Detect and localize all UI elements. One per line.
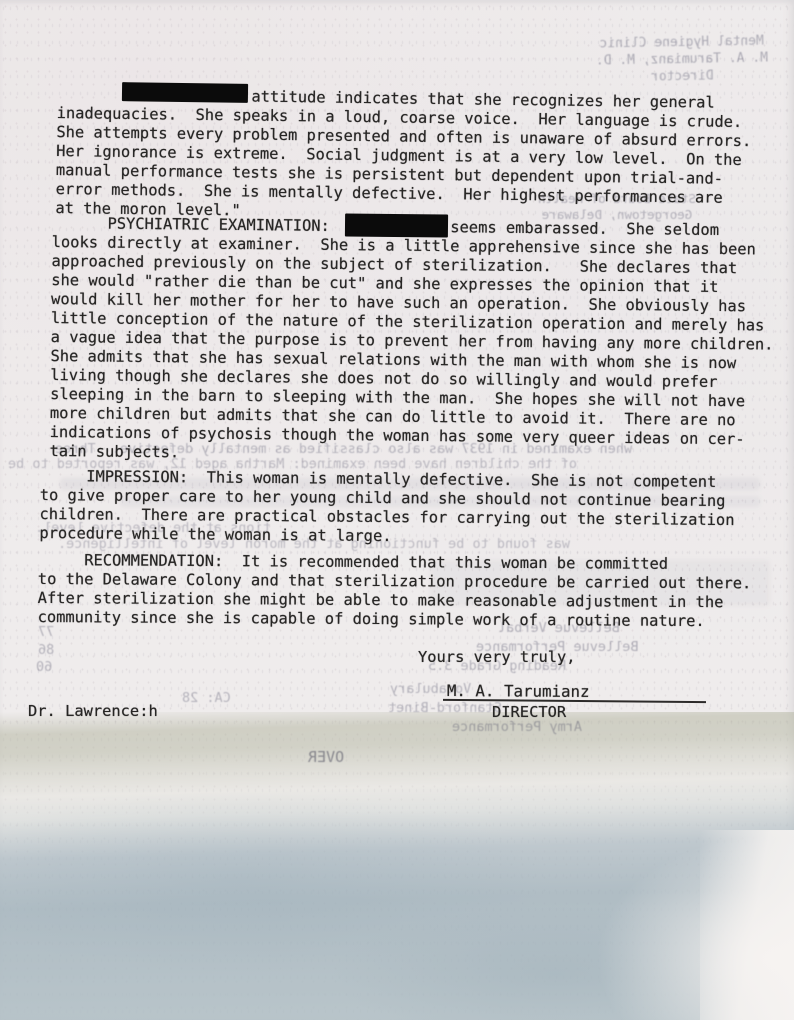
bleed-stanford-binet: Stanford-Binet	[388, 700, 502, 716]
signature-name: M. A. Tarumianz	[447, 681, 590, 701]
bleed-ca-age: CA: 28	[182, 690, 231, 706]
paragraph-recommendation: RECOMMENDATION: It is recommended that t…	[38, 551, 752, 631]
bleed-score-number: 86	[38, 642, 54, 658]
signature-title: DIRECTOR	[492, 703, 566, 722]
text-line: Director	[596, 66, 768, 86]
text-line: M. A. Tarumianz, M. D.	[596, 50, 768, 70]
text-line: community since she is capable of doing …	[38, 608, 752, 631]
bleed-score-number: 60	[36, 659, 52, 675]
paragraph-psychiatric-examination: PSYCHIATRIC EXAMINATION: seems embarasse…	[49, 214, 774, 469]
bottom-stain	[0, 712, 794, 1020]
redaction-bar	[345, 213, 448, 237]
paragraph-test-report-excerpt: attitude indicates that she recognizes h…	[55, 85, 752, 227]
bleed-clinic-header: Mental Hygiene ClinicM. A. Tarumianz, M.…	[596, 33, 769, 87]
closing-salutation: Yours very truly,	[418, 648, 576, 667]
stain-fade-right-edge	[700, 830, 794, 1020]
typist-reference: Dr. Lawrence:h	[28, 702, 158, 721]
bleed-over-label: OVER	[308, 748, 344, 766]
redaction-bar	[122, 82, 248, 103]
scanned-letter-page: Mental Hygiene ClinicM. A. Tarumianz, M.…	[0, 0, 794, 1020]
paragraph-impression: IMPRESSION: This woman is mentally defec…	[39, 467, 735, 549]
